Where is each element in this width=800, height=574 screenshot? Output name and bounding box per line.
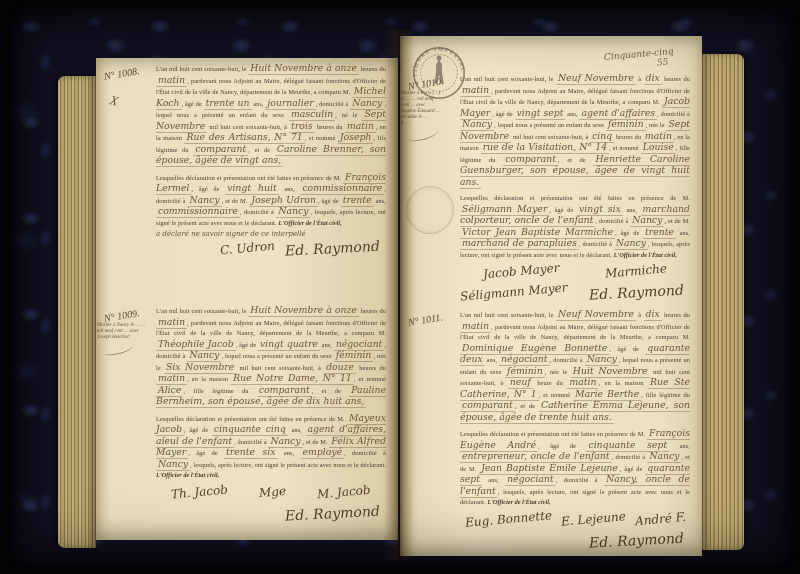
signature: Mge xyxy=(259,483,287,499)
printed-text-segment: ans, xyxy=(565,111,579,118)
handwritten-text-segment: matin xyxy=(345,121,376,132)
signatures-row: Eug. BonnetteE. LejeuneAndré F.Ed. Raymo… xyxy=(460,512,690,554)
handwritten-text-segment: cinq xyxy=(590,131,614,142)
printed-text-segment: , en la maison xyxy=(598,380,648,387)
printed-text-segment: , lesquels, après lecture, ont signé le … xyxy=(190,462,386,469)
act-text-column: L'an mil huit cent soixante-huit, le Neu… xyxy=(460,74,690,306)
handwritten-text-segment: trente xyxy=(643,227,676,238)
printed-text-segment: , âgé de xyxy=(615,230,643,237)
right-page: TIMBRE IMPÉRIAL Cinquante-cinq 55 N° 101… xyxy=(400,36,702,556)
printed-text-segment: à xyxy=(636,312,644,319)
signature: Marmiche xyxy=(605,261,668,280)
handwritten-text-segment: Joseph xyxy=(338,132,374,143)
handwritten-text-segment: Nancy xyxy=(188,195,222,206)
margin-paraph-flourish xyxy=(103,341,134,357)
declarant-note: a déclaré ne savoir signer de ce interpe… xyxy=(156,230,386,238)
act-text-column: L'an mil huit cent soixante-huit, le Hui… xyxy=(156,64,386,283)
handwritten-text-segment: matin xyxy=(460,85,491,96)
printed-text-segment: heures du xyxy=(614,134,643,141)
printed-text-segment: , pardevant nous Adjoint au Maire, délég… xyxy=(460,88,690,107)
handwritten-text-segment: marchand de parapluies xyxy=(460,238,579,249)
printed-text-segment: , et de xyxy=(248,147,275,154)
handwritten-text-segment: vingt six xyxy=(577,204,623,215)
handwritten-text-segment: trente un xyxy=(204,98,252,109)
signatures-row: C. UdronEd. Raymond xyxy=(156,241,386,283)
act-witnesses-text: Lesquelles déclaration et présentation o… xyxy=(156,173,386,230)
act-margin: N° 1009. Mariée à Nancy le … …mil neuf c… xyxy=(96,306,152,527)
handwritten-text-segment: dix xyxy=(644,73,662,84)
printed-text-segment: ans, xyxy=(623,207,641,214)
printed-text-segment: , âgé de xyxy=(191,186,225,193)
handwritten-text-segment: commissionnaire xyxy=(300,183,384,194)
printed-text-segment: Lesquelles déclaration et présentation o… xyxy=(156,175,343,182)
printed-text-segment: , domicilié à xyxy=(579,241,614,248)
act-text-column: L'an mil huit cent soixante-huit, le Neu… xyxy=(460,310,690,554)
act-witnesses-text: Lesquelles déclaration et présentation o… xyxy=(460,429,690,509)
act-number: N° 1010. xyxy=(407,74,456,92)
handwritten-text-segment: Joseph Udron xyxy=(249,195,318,206)
printed-text-segment: , âgé de xyxy=(620,466,645,473)
printed-text-segment: , âgé de xyxy=(609,346,645,353)
handwritten-text-segment: cinquante sept xyxy=(586,440,669,451)
printed-text-segment: , et de xyxy=(515,403,539,410)
printed-text-segment: Lesquelles déclaration et présentation o… xyxy=(156,416,347,423)
printed-text-segment: , âgé de xyxy=(318,198,341,205)
printed-text-segment: mil huit cent soixante-huit, à xyxy=(511,134,590,141)
signature: Ed. Raymond xyxy=(285,503,387,524)
handwritten-text-segment: employé xyxy=(301,447,345,458)
signature: Th. Jacob xyxy=(171,482,229,501)
printed-text-segment: , fille légitime du xyxy=(183,388,256,395)
handwritten-text-segment: trois xyxy=(289,121,315,132)
signature: E. Lejeune xyxy=(560,509,626,529)
printed-text-segment: ans, xyxy=(374,198,386,205)
printed-text-segment: heures du xyxy=(315,124,345,131)
handwritten-text-segment: Nancy xyxy=(187,350,221,361)
printed-text-segment: , et nommé xyxy=(609,145,641,152)
handwritten-text-segment: féminin xyxy=(606,119,646,130)
act-number: N° 1008. xyxy=(103,64,152,82)
printed-text-segment: ans, xyxy=(252,101,266,108)
printed-text-segment: , âgé de xyxy=(549,207,577,214)
handwritten-text-segment: cinquante cinq xyxy=(212,424,288,435)
act-number: N° 1011. xyxy=(407,310,456,328)
printed-text-segment: , né le xyxy=(335,112,362,119)
handwritten-text-segment: comparant xyxy=(503,154,558,165)
printed-text-segment: heures du xyxy=(356,365,386,372)
left-page: N° 1008. X L'an mil huit cent soixante-h… xyxy=(96,58,398,540)
printed-text-segment: , âgé de xyxy=(492,111,514,118)
handwritten-text-segment: matin xyxy=(643,131,674,142)
printed-text-segment: à xyxy=(636,76,644,83)
officer-label: L'Officier de l'État civil, xyxy=(487,499,550,506)
printed-text-segment: L'an mil huit cent soixante-huit, le xyxy=(460,312,556,319)
printed-text-segment: ans, xyxy=(482,477,505,484)
margin-note-line: Joseph Heurtier xyxy=(97,335,152,341)
registry-book-scan: N° 1008. X L'an mil huit cent soixante-h… xyxy=(0,0,800,574)
margin-cross-mark: X xyxy=(108,92,120,109)
handwritten-text-segment: féminin xyxy=(505,366,545,377)
printed-text-segment: mil huit cent soixante-huit, à xyxy=(207,124,289,131)
act-body-text: L'an mil huit cent soixante-huit, le Hui… xyxy=(156,64,386,168)
handwritten-text-segment: entrepreneur, oncle de l'enfant xyxy=(460,451,612,462)
printed-text-segment: , domicilié à xyxy=(344,450,386,457)
handwritten-text-segment: Rue Notre Dame, N° 11 xyxy=(231,373,354,384)
handwritten-text-segment: Séligmann Mayer xyxy=(460,204,549,215)
officer-label: L'Officier de l'État civil, xyxy=(156,472,219,479)
printed-text-segment: , et nommé xyxy=(539,392,573,399)
printed-text-segment: , pardevant nous Adjoint au Maire, délég… xyxy=(156,320,386,338)
printed-text-segment: , domicilié à xyxy=(240,209,276,216)
handwritten-text-segment: journalier xyxy=(265,98,315,109)
printed-text-segment: , et de xyxy=(558,157,593,164)
printed-text-segment: , née le xyxy=(545,369,571,376)
margin-annotation: Mariée à Paris (…)le … … mil neufcent … … xyxy=(401,91,456,127)
printed-text-segment: , et nommé xyxy=(354,376,386,383)
handwritten-text-segment: Nancy xyxy=(614,238,648,249)
printed-text-segment: mil huit cent soixante-huit, à xyxy=(236,365,324,372)
printed-text-segment: , domicilié à xyxy=(657,111,690,118)
act-body-text: L'an mil huit cent soixante-huit, le Neu… xyxy=(460,310,690,424)
printed-text-segment: , domicilié à xyxy=(316,101,350,108)
handwritten-text-segment: Alice xyxy=(156,385,183,396)
printed-text-segment: heures du xyxy=(662,76,690,83)
printed-text-segment: , en la maison xyxy=(187,376,231,383)
act-body-text: L'an mil huit cent soixante-huit, le Neu… xyxy=(460,74,690,189)
signature: André F. xyxy=(634,509,686,527)
printed-text-segment: L'an mil huit cent soixante-huit, le xyxy=(156,308,248,315)
printed-text-segment: , et nommé xyxy=(305,135,338,142)
handwritten-text-segment: Huit Novembre à onze xyxy=(248,305,359,316)
signatures-row: Jacob MayerMarmicheSéligmann MayerEd. Ra… xyxy=(460,264,690,306)
act-body-text: L'an mil huit cent soixante-huit, le Hui… xyxy=(156,306,386,409)
printed-text-segment: , âgé de xyxy=(184,427,212,434)
handwritten-text-segment: rue de la Visitation, N° 14 xyxy=(481,142,609,153)
handwritten-text-segment: masculin xyxy=(289,109,335,120)
handwritten-text-segment: Dominique Eugène Bonnette xyxy=(460,343,609,354)
handwritten-text-segment: comparant xyxy=(193,144,248,155)
handwritten-text-segment: matin xyxy=(156,75,187,86)
handwritten-text-segment: Rue des Artisans, N° 71 xyxy=(184,132,304,143)
printed-text-segment: , et de M. xyxy=(222,198,250,205)
handwritten-text-segment: Marie Berthe xyxy=(573,389,641,400)
handwritten-text-segment: négociant xyxy=(499,354,550,365)
margin-note-line: à … xyxy=(401,121,456,127)
signature: Eug. Bonnette xyxy=(464,508,552,530)
handwritten-text-segment: vingt huit xyxy=(225,183,279,194)
handwritten-text-segment: vingt sept xyxy=(515,108,566,119)
handwritten-text-segment: Nancy xyxy=(647,451,681,462)
handwritten-text-segment: Huit Novembre à onze xyxy=(248,63,359,74)
handwritten-text-segment: trente xyxy=(341,195,374,206)
handwritten-text-segment: Six Novembre xyxy=(164,362,236,373)
printed-text-segment: heures du xyxy=(662,312,690,319)
printed-text-segment: , pardevant nous Adjoint au Maire, délég… xyxy=(460,324,690,342)
printed-text-segment: , domicilié à xyxy=(234,439,268,446)
handwritten-text-segment: agent d'affaires xyxy=(579,108,657,119)
printed-text-segment: , domicilié à xyxy=(550,357,585,364)
handwritten-text-segment: comparant xyxy=(257,385,312,396)
printed-text-segment: , fille légitime du xyxy=(641,392,690,399)
printed-text-segment: , âgé de xyxy=(236,342,258,349)
birth-act-1011: N° 1011. L'an mil huit cent soixante-hui… xyxy=(400,310,702,554)
act-witnesses-text: Lesquelles déclaration et présentation o… xyxy=(460,194,690,261)
printed-text-segment: heures du xyxy=(359,308,386,315)
handwritten-text-segment: Nancy xyxy=(276,206,310,217)
signature: Ed. Raymond xyxy=(589,530,691,551)
birth-act-1010: N° 1010. Mariée à Paris (…)le … … mil ne… xyxy=(400,74,702,306)
handwritten-text-segment: Louise xyxy=(641,142,676,153)
handwritten-text-segment: matin xyxy=(156,373,187,384)
handwritten-text-segment: commissionnaire xyxy=(156,206,240,217)
printed-text-segment: , et de M. xyxy=(303,439,330,446)
handwritten-text-segment: vingt quatre xyxy=(258,339,320,350)
officer-label: L'Officier de l'État civil, xyxy=(278,220,341,227)
handwritten-text-segment: Victor Jean Baptiste Marmiche xyxy=(460,227,615,238)
printed-text-segment: L'an mil huit cent soixante-huit, le xyxy=(156,66,248,73)
page-stack-edge-right xyxy=(702,54,744,550)
handwritten-text-segment: Nancy xyxy=(268,436,302,447)
printed-text-segment: , domicilié à xyxy=(556,477,604,484)
signature: M. Jacob xyxy=(317,482,372,501)
signature: Ed. Raymond xyxy=(589,282,691,303)
handwritten-text-segment: matin xyxy=(156,317,187,328)
handwritten-text-segment: Nancy xyxy=(585,354,619,365)
handwritten-text-segment: matin xyxy=(460,321,491,332)
handwritten-text-segment: douze xyxy=(324,362,356,373)
signature: Séligmann Mayer xyxy=(460,280,568,303)
handwritten-text-segment: neuf xyxy=(508,377,533,388)
handwritten-text-segment: Jean Baptiste Émile Lejeune xyxy=(479,463,620,474)
birth-act-1008: N° 1008. X L'an mil huit cent soixante-h… xyxy=(96,64,398,283)
printed-text-segment: ans, xyxy=(288,427,306,434)
act-margin: N° 1010. Mariée à Paris (…)le … … mil ne… xyxy=(400,74,456,306)
margin-paraph-flourish xyxy=(407,127,438,143)
handwritten-text-segment: matin xyxy=(567,377,598,388)
handwritten-text-segment: Huit Novembre xyxy=(571,366,650,377)
printed-text-segment: , et de xyxy=(312,388,350,395)
handwritten-text-segment: Nancy xyxy=(460,119,494,130)
printed-text-segment: Lesquelles déclaration et présentation o… xyxy=(460,195,690,202)
folio-corner: Cinquante-cinq 55 xyxy=(603,39,675,73)
handwritten-text-segment: féminin xyxy=(334,350,374,361)
printed-text-segment: , lequel nous a présenté un enfant du se… xyxy=(494,122,606,129)
handwritten-text-segment: négociant xyxy=(334,339,385,350)
act-margin: N° 1008. X xyxy=(96,64,152,283)
act-margin: N° 1011. xyxy=(400,310,456,554)
handwritten-text-segment: négociant xyxy=(505,474,556,485)
printed-text-segment: , née le xyxy=(646,122,667,129)
printed-text-segment: , et de M. xyxy=(664,218,690,225)
printed-text-segment: ans, xyxy=(485,357,499,364)
handwritten-text-segment: Théophile Jacob xyxy=(156,339,236,350)
handwritten-text-segment: Neuf Novembre xyxy=(556,309,636,320)
page-stack-edge-left xyxy=(58,76,96,548)
handwritten-text-segment: trente six xyxy=(224,447,277,458)
act-number: N° 1009. xyxy=(103,306,152,324)
printed-text-segment: ans, xyxy=(676,230,690,237)
printed-text-segment: , âgé de xyxy=(188,450,224,457)
printed-text-segment: , domicilié à xyxy=(595,218,630,225)
printed-text-segment: , domicilié à xyxy=(612,454,648,461)
handwritten-text-segment: comparant xyxy=(460,400,515,411)
act-text-column: L'an mil huit cent soixante-huit, le Hui… xyxy=(156,306,386,527)
signature: C. Udron xyxy=(219,239,275,258)
act-witnesses-text: Lesquelles déclaration et présentation o… xyxy=(156,414,386,482)
printed-text-segment: , âgé de xyxy=(538,443,586,450)
signature: Jacob Mayer xyxy=(482,261,559,282)
handwritten-text-segment: Neuf Novembre xyxy=(556,73,636,84)
signature: Ed. Raymond xyxy=(285,238,387,259)
printed-text-segment: ans, xyxy=(279,186,301,193)
printed-text-segment: L'an mil huit cent soixante-huit, le xyxy=(460,76,556,83)
printed-text-segment: , âgé de xyxy=(182,101,204,108)
handwritten-text-segment: dix xyxy=(644,309,662,320)
printed-text-segment: , lequel nous a présenté un enfant du se… xyxy=(221,353,333,360)
birth-act-1009: N° 1009. Mariée à Nancy le … …mil neuf c… xyxy=(96,306,398,527)
officer-label: L'Officier de l'État civil, xyxy=(614,252,677,259)
margin-annotation: Mariée à Nancy le … …mil neuf cent … ave… xyxy=(97,323,152,341)
handwritten-text-segment: Nancy xyxy=(630,215,664,226)
signatures-row: Th. JacobMgeM. JacobEd. Raymond xyxy=(156,485,386,527)
printed-text-segment: Lesquelles déclaration et présentation o… xyxy=(460,431,647,438)
printed-text-segment: ans, xyxy=(669,443,690,450)
printed-text-segment: ans, xyxy=(320,342,334,349)
handwritten-text-segment: Nancy xyxy=(156,459,190,470)
printed-text-segment: ans, xyxy=(278,450,301,457)
printed-text-segment: heures du xyxy=(359,66,386,73)
handwritten-text-segment: Nancy xyxy=(350,98,384,109)
printed-text-segment: heure du xyxy=(533,380,568,387)
